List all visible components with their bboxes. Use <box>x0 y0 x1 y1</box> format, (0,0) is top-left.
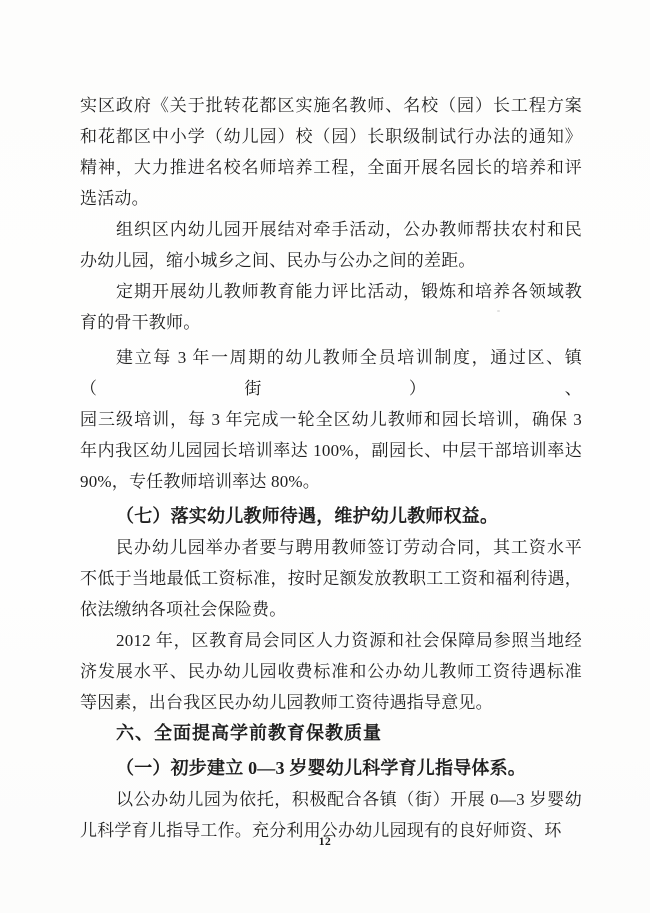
section-heading: 六、全面提高学前教育保教质量 <box>80 718 582 749</box>
section-heading: （一）初步建立 0—3 岁婴幼儿科学育儿指导体系。 <box>80 753 582 784</box>
scan-speckle <box>176 802 178 804</box>
text-line: 民办幼儿园举办者要与聘用教师签订劳动合同，其工资水平 <box>80 532 582 563</box>
text-line: 建立每 3 年一周期的幼儿教师全员培训制度，通过区、镇（街）、 <box>80 342 582 404</box>
paragraph: 组织区内幼儿园开展结对牵手活动，公办教师帮扶农村和民办幼儿园，缩小城乡之间、民办… <box>80 214 582 276</box>
paragraph: 建立每 3 年一周期的幼儿教师全员培训制度，通过区、镇（街）、园三级培训，每 3… <box>80 342 582 497</box>
text-line: 六、全面提高学前教育保教质量 <box>80 718 582 749</box>
paragraph: 民办幼儿园举办者要与聘用教师签订劳动合同，其工资水平不低于当地最低工资标准，按时… <box>80 532 582 625</box>
section-heading: （七）落实幼儿教师待遇，维护幼儿教师权益。 <box>80 501 582 532</box>
text-line: 以公办幼儿园为依托，积极配合各镇（街）开展 0—3 岁婴幼 <box>80 784 582 815</box>
paragraph: 实区政府《关于批转花都区实施名教师、名校（园）长工程方案和花都区中小学（幼儿园）… <box>80 90 582 214</box>
text-line: （七）落实幼儿教师待遇，维护幼儿教师权益。 <box>80 501 582 532</box>
paragraph: 定期开展幼儿教师教育能力评比活动，锻炼和培养各领域教育的骨干教师。 <box>80 276 582 338</box>
text-line: （一）初步建立 0—3 岁婴幼儿科学育儿指导体系。 <box>80 753 582 784</box>
text-line: 90%，专任教师培训率达 80%。 <box>80 466 582 497</box>
page-footer: 12 <box>0 832 650 850</box>
text-line: 实区政府《关于批转花都区实施名教师、名校（园）长工程方案 <box>80 90 582 121</box>
text-line: 依法缴纳各项社会保险费。 <box>80 594 582 625</box>
text-line: 济发展水平、民办幼儿园收费标准和公办幼儿教师工资待遇标准 <box>80 656 582 687</box>
text-line: 等因素，出台我区民办幼儿园教师工资待遇指导意见。 <box>80 687 582 718</box>
paragraph: 2012 年，区教育局会同区人力资源和社会保障局参照当地经济发展水平、民办幼儿园… <box>80 625 582 718</box>
text-line: 办幼儿园，缩小城乡之间、民办与公办之间的差距。 <box>80 245 582 276</box>
scan-speckle <box>497 310 500 312</box>
document-body: 实区政府《关于批转花都区实施名教师、名校（园）长工程方案和花都区中小学（幼儿园）… <box>80 90 582 846</box>
document-page: 实区政府《关于批转花都区实施名教师、名校（园）长工程方案和花都区中小学（幼儿园）… <box>0 0 650 913</box>
text-line: 精神，大力推进名校名师培养工程，全面开展名园长的培养和评 <box>80 152 582 183</box>
text-line: 和花都区中小学（幼儿园）校（园）长职级制试行办法的通知》 <box>80 121 582 152</box>
text-line: 育的骨干教师。 <box>80 307 582 338</box>
page-number: 12 <box>319 836 332 848</box>
text-line: 定期开展幼儿教师教育能力评比活动，锻炼和培养各领域教 <box>80 276 582 307</box>
text-line: 不低于当地最低工资标准，按时足额发放教职工工资和福利待遇， <box>80 563 582 594</box>
text-line: 园三级培训，每 3 年完成一轮全区幼儿教师和园长培训，确保 3 <box>80 404 582 435</box>
text-line: 选活动。 <box>80 183 582 214</box>
text-line: 组织区内幼儿园开展结对牵手活动，公办教师帮扶农村和民 <box>80 214 582 245</box>
text-line: 2012 年，区教育局会同区人力资源和社会保障局参照当地经 <box>80 625 582 656</box>
text-line: 年内我区幼儿园园长培训率达 100%，副园长、中层干部培训率达 <box>80 435 582 466</box>
